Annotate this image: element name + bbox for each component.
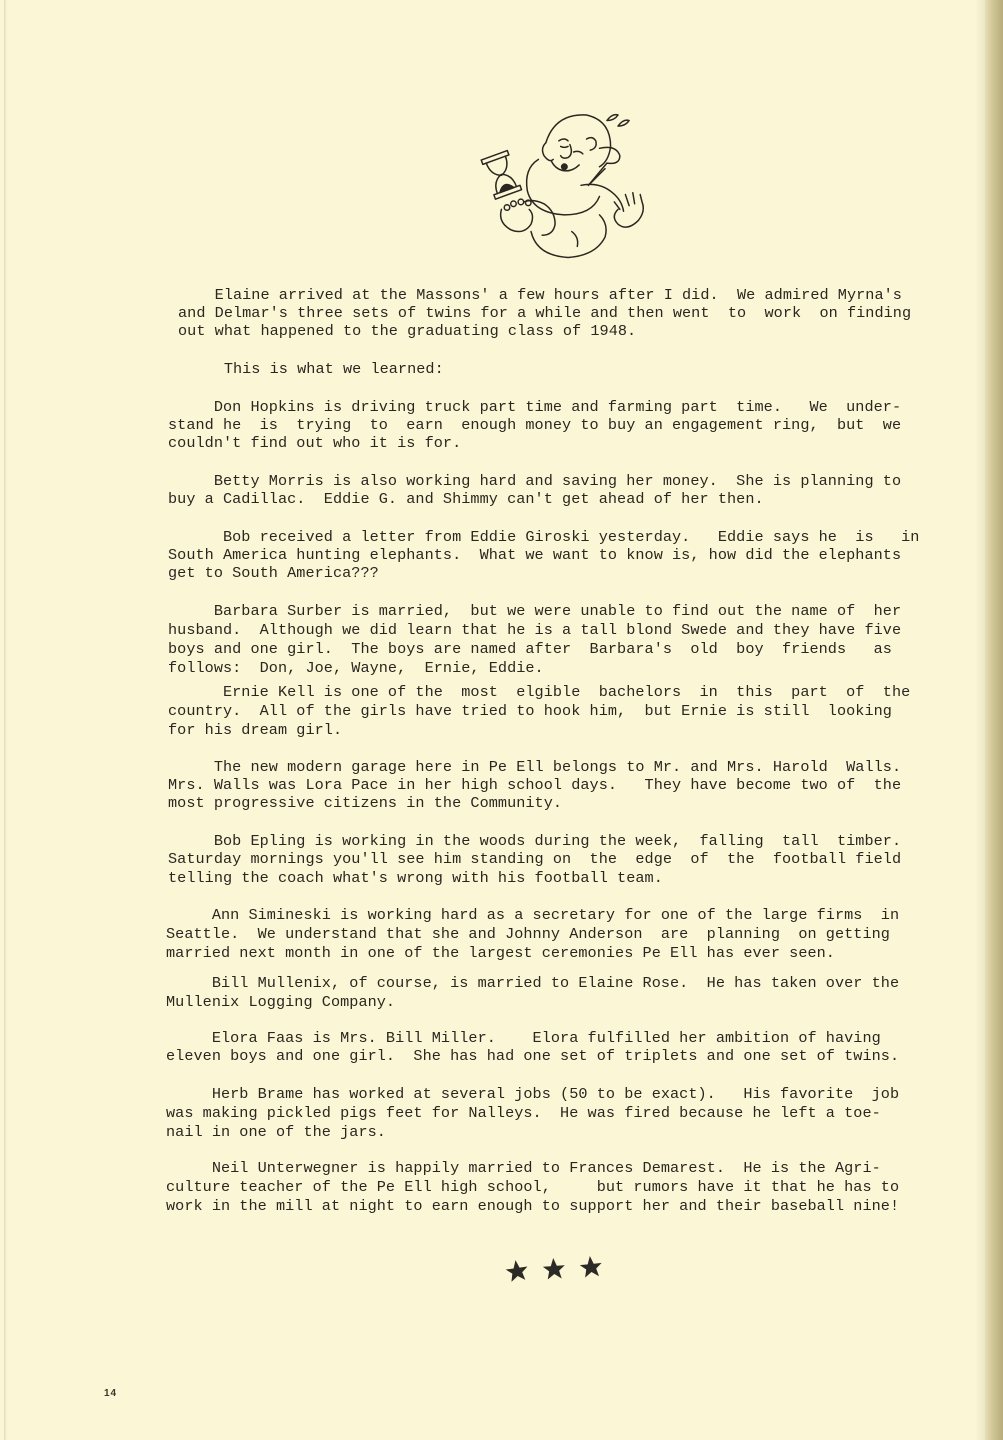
- text-line: for his dream girl.: [168, 721, 342, 739]
- text-line: Don Hopkins is driving truck part time a…: [168, 398, 901, 416]
- page-gutter-shadow: [975, 0, 985, 1440]
- text-line: was making pickled pigs feet for Nalleys…: [166, 1104, 881, 1122]
- text-line: Barbara Surber is married, but we were u…: [168, 602, 901, 620]
- text-line: Ernie Kell is one of the most elgible ba…: [168, 683, 910, 701]
- text-line: Bob received a letter from Eddie Giroski…: [168, 528, 919, 546]
- text-line: get to South America???: [168, 564, 379, 582]
- text-line: and Delmar's three sets of twins for a w…: [178, 304, 911, 322]
- text-line: culture teacher of the Pe Ell high schoo…: [166, 1178, 899, 1196]
- text-line: This is what we learned:: [178, 360, 444, 378]
- text-line: Mrs. Walls was Lora Pace in her high sch…: [168, 776, 901, 794]
- text-line: buy a Cadillac. Eddie G. and Shimmy can'…: [168, 490, 764, 508]
- text-line: Saturday mornings you'll see him standin…: [168, 850, 901, 868]
- text-line: Elora Faas is Mrs. Bill Miller. Elora fu…: [166, 1029, 881, 1047]
- text-line: Herb Brame has worked at several jobs (5…: [166, 1085, 899, 1103]
- page-binding-edge: [4, 0, 7, 1440]
- text-line: follows: Don, Joe, Wayne, Ernie, Eddie.: [168, 659, 544, 677]
- text-line: stand he is trying to earn enough money …: [168, 416, 901, 434]
- falling-old-man-with-hourglass-icon: [470, 104, 655, 274]
- text-line: most progressive citizens in the Communi…: [168, 794, 562, 812]
- text-line: out what happened to the graduating clas…: [178, 322, 636, 340]
- three-stars-icon: [503, 1256, 613, 1286]
- text-line: Bill Mullenix, of course, is married to …: [166, 974, 899, 992]
- text-line: Elaine arrived at the Massons' a few hou…: [178, 286, 902, 304]
- text-line: Seattle. We understand that she and John…: [166, 925, 890, 943]
- text-line: South America hunting elephants. What we…: [168, 546, 901, 564]
- text-line: couldn't find out who it is for.: [168, 434, 461, 452]
- text-line: The new modern garage here in Pe Ell bel…: [168, 758, 901, 776]
- text-line: Betty Morris is also working hard and sa…: [168, 472, 901, 490]
- text-line: nail in one of the jars.: [166, 1123, 386, 1141]
- text-line: Bob Epling is working in the woods durin…: [168, 832, 901, 850]
- page-number: 14: [104, 1388, 117, 1399]
- page-edge: [985, 0, 1003, 1440]
- text-line: work in the mill at night to earn enough…: [166, 1197, 899, 1215]
- text-line: boys and one girl. The boys are named af…: [168, 640, 892, 658]
- text-line: telling the coach what's wrong with his …: [168, 869, 663, 887]
- text-line: married next month in one of the largest…: [166, 944, 835, 962]
- text-line: Mullenix Logging Company.: [166, 993, 395, 1011]
- text-line: eleven boys and one girl. She has had on…: [166, 1047, 899, 1065]
- text-line: husband. Although we did learn that he i…: [168, 621, 901, 639]
- text-line: Neil Unterwegner is happily married to F…: [166, 1159, 881, 1177]
- text-line: Ann Simineski is working hard as a secre…: [166, 906, 899, 924]
- text-line: country. All of the girls have tried to …: [168, 702, 892, 720]
